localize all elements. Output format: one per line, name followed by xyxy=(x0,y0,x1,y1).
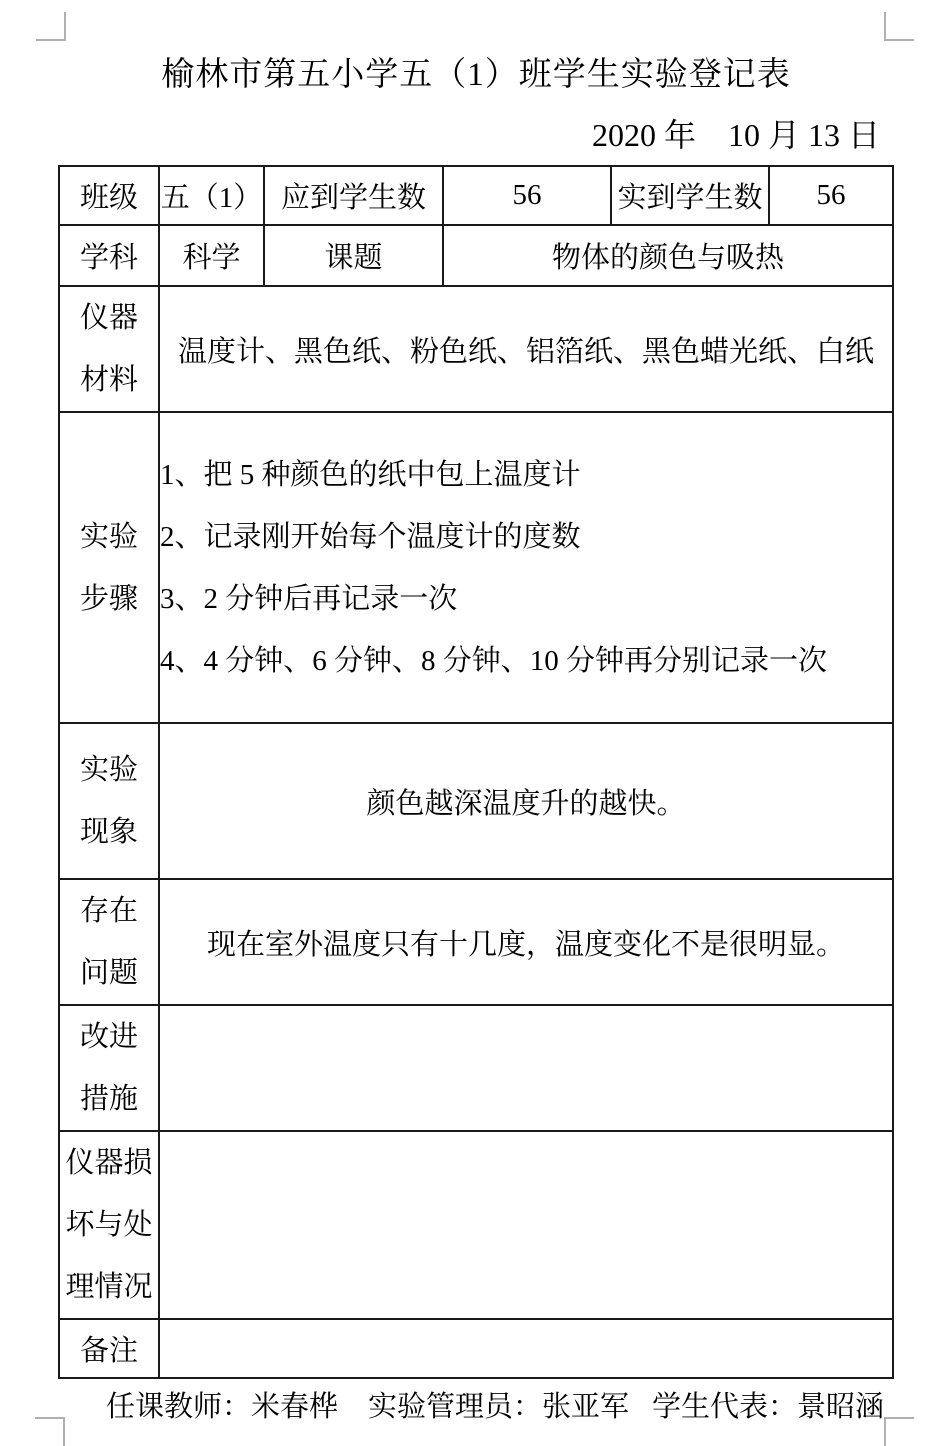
problems-label: 存在 问题 xyxy=(59,879,159,1005)
table-row-improvements: 改进 措施 xyxy=(59,1005,893,1131)
expected-students-label: 应到学生数 xyxy=(264,166,443,225)
signature-line: 任课教师：米春桦 实验管理员：张亚军 学生代表：景昭涵 xyxy=(0,1384,952,1424)
topic-value: 物体的颜色与吸热 xyxy=(443,225,893,286)
class-value: 五（1） xyxy=(159,166,264,225)
actual-students-value: 56 xyxy=(769,166,893,225)
table-row-damage: 仪器损 坏与处 理情况 xyxy=(59,1131,893,1319)
crop-mark-top-left xyxy=(36,12,66,41)
document-page: 榆林市第五小学五（1）班学生实验登记表 2020 年 10 月 13 日 班级 … xyxy=(0,0,952,1446)
experiment-registration-table: 班级 五（1） 应到学生数 56 实到学生数 56 学科 科学 课题 物体的颜色… xyxy=(58,165,894,1379)
improvements-content xyxy=(159,1005,893,1131)
lab-manager-signature: 实验管理员：张亚军 xyxy=(368,1384,629,1425)
class-label: 班级 xyxy=(59,166,159,225)
materials-label: 仪器 材料 xyxy=(59,286,159,412)
subject-value: 科学 xyxy=(159,225,264,286)
teacher-signature: 任课教师：米春桦 xyxy=(106,1384,338,1425)
damage-label: 仪器损 坏与处 理情况 xyxy=(59,1131,159,1319)
observation-label: 实验 现象 xyxy=(59,723,159,879)
table-row-steps: 实验 步骤 1、把 5 种颜色的纸中包上温度计 2、记录刚开始每个温度计的度数 … xyxy=(59,412,893,723)
steps-label: 实验 步骤 xyxy=(59,412,159,723)
improvements-label: 改进 措施 xyxy=(59,1005,159,1131)
steps-content: 1、把 5 种颜色的纸中包上温度计 2、记录刚开始每个温度计的度数 3、2 分钟… xyxy=(159,412,893,723)
page-title: 榆林市第五小学五（1）班学生实验登记表 xyxy=(0,48,952,95)
student-representative-signature: 学生代表：景昭涵 xyxy=(652,1384,884,1425)
expected-students-value: 56 xyxy=(443,166,611,225)
problems-content: 现在室外温度只有十几度，温度变化不是很明显。 xyxy=(159,879,893,1005)
step-item: 3、2 分钟后再记录一次 xyxy=(160,568,892,630)
remarks-label: 备注 xyxy=(59,1319,159,1378)
table-row-observation: 实验 现象 颜色越深温度升的越快。 xyxy=(59,723,893,879)
step-item: 2、记录刚开始每个温度计的度数 xyxy=(160,506,892,568)
materials-content: 温度计、黑色纸、粉色纸、铝箔纸、黑色蜡光纸、白纸 xyxy=(159,286,893,412)
subject-label: 学科 xyxy=(59,225,159,286)
damage-content xyxy=(159,1131,893,1319)
date-line: 2020 年 10 月 13 日 xyxy=(592,110,880,156)
actual-students-label: 实到学生数 xyxy=(611,166,769,225)
table-row-remarks: 备注 xyxy=(59,1319,893,1378)
observation-content: 颜色越深温度升的越快。 xyxy=(159,723,893,879)
remarks-content xyxy=(159,1319,893,1378)
step-item: 4、4 分钟、6 分钟、8 分钟、10 分钟再分别记录一次 xyxy=(160,630,892,692)
topic-label: 课题 xyxy=(264,225,443,286)
crop-mark-top-right xyxy=(884,12,914,41)
table-row-subject: 学科 科学 课题 物体的颜色与吸热 xyxy=(59,225,893,286)
table-row-class: 班级 五（1） 应到学生数 56 实到学生数 56 xyxy=(59,166,893,225)
table-row-materials: 仪器 材料 温度计、黑色纸、粉色纸、铝箔纸、黑色蜡光纸、白纸 xyxy=(59,286,893,412)
table-row-problems: 存在 问题 现在室外温度只有十几度，温度变化不是很明显。 xyxy=(59,879,893,1005)
step-item: 1、把 5 种颜色的纸中包上温度计 xyxy=(160,444,892,506)
